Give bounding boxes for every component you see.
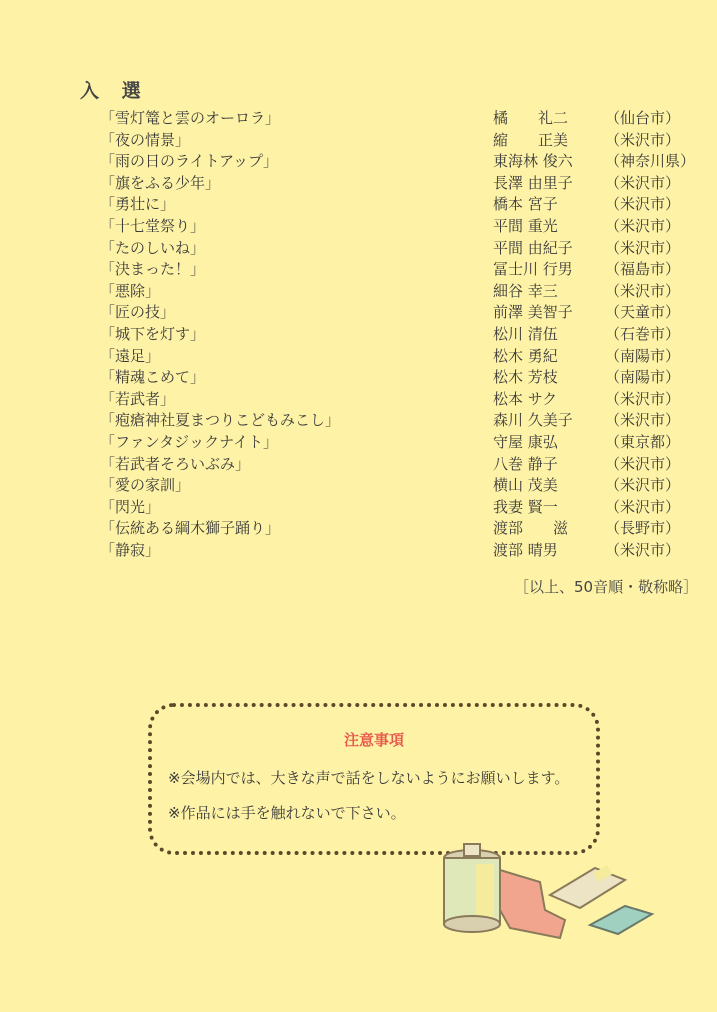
entry-title: 「精魂こめて」 (100, 367, 205, 389)
entry-author: 八巻 静子 (493, 454, 558, 476)
entry-author: 平間 由紀子 (493, 238, 573, 260)
list-item: 「静寂」渡部 晴男（米沢市） (100, 540, 700, 562)
list-item: 「旗をふる少年」長澤 由里子（米沢市） (100, 173, 700, 195)
entry-city: （米沢市） (605, 216, 680, 238)
list-item: 「閃光」我妻 賢一（米沢市） (100, 497, 700, 519)
entry-title: 「夜の情景」 (100, 130, 190, 152)
entry-title: 「たのしいね」 (100, 238, 205, 260)
list-item: 「遠足」松木 勇紀（南陽市） (100, 346, 700, 368)
entry-author: 渡部 滋 (493, 518, 568, 540)
list-item: 「夜の情景」縮 正美（米沢市） (100, 130, 700, 152)
entry-author: 長澤 由里子 (493, 173, 573, 195)
entry-author: 守屋 康弘 (493, 432, 558, 454)
entry-city: （石巻市） (605, 324, 680, 346)
list-item: 「若武者そろいぶみ」八巻 静子（米沢市） (100, 454, 700, 476)
entry-title: 「疱瘡神社夏まつりこどもみこし」 (100, 410, 340, 432)
entry-author: 橋本 宮子 (493, 194, 558, 216)
entry-city: （天童市） (605, 302, 680, 324)
entry-city: （東京都） (605, 432, 680, 454)
list-item: 「ファンタジックナイト」守屋 康弘（東京都） (100, 432, 700, 454)
list-item: 「疱瘡神社夏まつりこどもみこし」森川 久美子（米沢市） (100, 410, 700, 432)
entry-author: 細谷 幸三 (493, 281, 558, 303)
entry-city: （南陽市） (605, 367, 680, 389)
entry-author: 東海林 俊六 (493, 151, 573, 173)
entry-author: 冨士川 行男 (493, 259, 573, 281)
list-item: 「雪灯篭と雲のオーロラ」橘 礼二（仙台市） (100, 108, 700, 130)
entry-author: 森川 久美子 (493, 410, 573, 432)
list-note: ［以上、50音順・敬称略］ (514, 576, 698, 597)
entry-city: （仙台市） (605, 108, 680, 130)
entry-author: 平間 重光 (493, 216, 558, 238)
entry-city: （米沢市） (605, 130, 680, 152)
entry-title: 「雨の日のライトアップ」 (100, 151, 278, 173)
entry-city: （米沢市） (605, 173, 680, 195)
notice-title: 注意事項 (152, 729, 596, 750)
section-heading: 入 選 (80, 76, 149, 103)
entry-title: 「愛の家訓」 (100, 475, 190, 497)
entry-title: 「閃光」 (100, 497, 160, 519)
film-camera-illustration (430, 840, 660, 940)
list-item: 「勇壮に」橋本 宮子（米沢市） (100, 194, 700, 216)
list-item: 「愛の家訓」横山 茂美（米沢市） (100, 475, 700, 497)
entry-city: （長野市） (605, 518, 680, 540)
film-strip-icon (500, 870, 565, 938)
entry-title: 「匠の技」 (100, 302, 175, 324)
entry-author: 前澤 美智子 (493, 302, 573, 324)
entry-author: 横山 茂美 (493, 475, 558, 497)
entry-list: 「雪灯篭と雲のオーロラ」橘 礼二（仙台市）「夜の情景」縮 正美（米沢市）「雨の日… (100, 108, 700, 561)
entry-city: （米沢市） (605, 238, 680, 260)
entry-city: （南陽市） (605, 346, 680, 368)
list-item: 「十七堂祭り」平間 重光（米沢市） (100, 216, 700, 238)
entry-author: 我妻 賢一 (493, 497, 558, 519)
entry-title: 「伝統ある綱木獅子踊り」 (100, 518, 280, 540)
list-item: 「雨の日のライトアップ」東海林 俊六（神奈川県） (100, 151, 700, 173)
notice-line: ※会場内では、大きな声で話をしないようにお願いします。 (168, 767, 569, 788)
entry-title: 「雪灯篭と雲のオーロラ」 (100, 108, 280, 130)
entry-author: 松木 芳枝 (493, 367, 558, 389)
list-item: 「決まった！」冨士川 行男（福島市） (100, 259, 700, 281)
entry-city: （福島市） (605, 259, 680, 281)
notice-line: ※作品には手を触れないで下さい。 (168, 802, 406, 823)
entry-author: 橘 礼二 (493, 108, 568, 130)
entry-city: （米沢市） (605, 475, 680, 497)
entry-author: 松木 勇紀 (493, 346, 558, 368)
entry-author: 縮 正美 (493, 130, 568, 152)
entry-author: 松本 サク (493, 389, 557, 411)
entry-title: 「城下を灯す」 (100, 324, 205, 346)
entry-author: 渡部 晴男 (493, 540, 558, 562)
sd-card-icon (590, 906, 652, 934)
entry-city: （米沢市） (605, 540, 680, 562)
entry-city: （米沢市） (605, 410, 680, 432)
list-item: 「若武者」松本 サク（米沢市） (100, 389, 700, 411)
notice-box: 注意事項 ※会場内では、大きな声で話をしないようにお願いします。 ※作品には手を… (148, 703, 600, 855)
list-item: 「匠の技」前澤 美智子（天童市） (100, 302, 700, 324)
list-item: 「精魂こめて」松木 芳枝（南陽市） (100, 367, 700, 389)
entry-title: 「勇壮に」 (100, 194, 175, 216)
entry-title: 「遠足」 (100, 346, 160, 368)
list-item: 「たのしいね」平間 由紀子（米沢市） (100, 238, 700, 260)
entry-city: （米沢市） (605, 194, 680, 216)
entry-title: 「十七堂祭り」 (100, 216, 205, 238)
entry-title: 「静寂」 (100, 540, 160, 562)
entry-title: 「悪除」 (100, 281, 160, 303)
memory-card-icon (550, 865, 625, 908)
entry-author: 松川 清伍 (493, 324, 558, 346)
list-item: 「伝統ある綱木獅子踊り」渡部 滋（長野市） (100, 518, 700, 540)
entry-city: （米沢市） (605, 281, 680, 303)
entry-title: 「決まった！」 (100, 259, 205, 281)
entry-title: 「旗をふる少年」 (100, 173, 220, 195)
entry-title: 「若武者」 (100, 389, 175, 411)
film-canister-icon (444, 844, 500, 932)
list-item: 「城下を灯す」松川 清伍（石巻市） (100, 324, 700, 346)
entry-city: （米沢市） (605, 389, 680, 411)
entry-city: （米沢市） (605, 454, 680, 476)
entry-city: （神奈川県） (605, 151, 695, 173)
list-item: 「悪除」細谷 幸三（米沢市） (100, 281, 700, 303)
entry-title: 「ファンタジックナイト」 (100, 432, 278, 454)
entry-city: （米沢市） (605, 497, 680, 519)
entry-title: 「若武者そろいぶみ」 (100, 454, 250, 476)
